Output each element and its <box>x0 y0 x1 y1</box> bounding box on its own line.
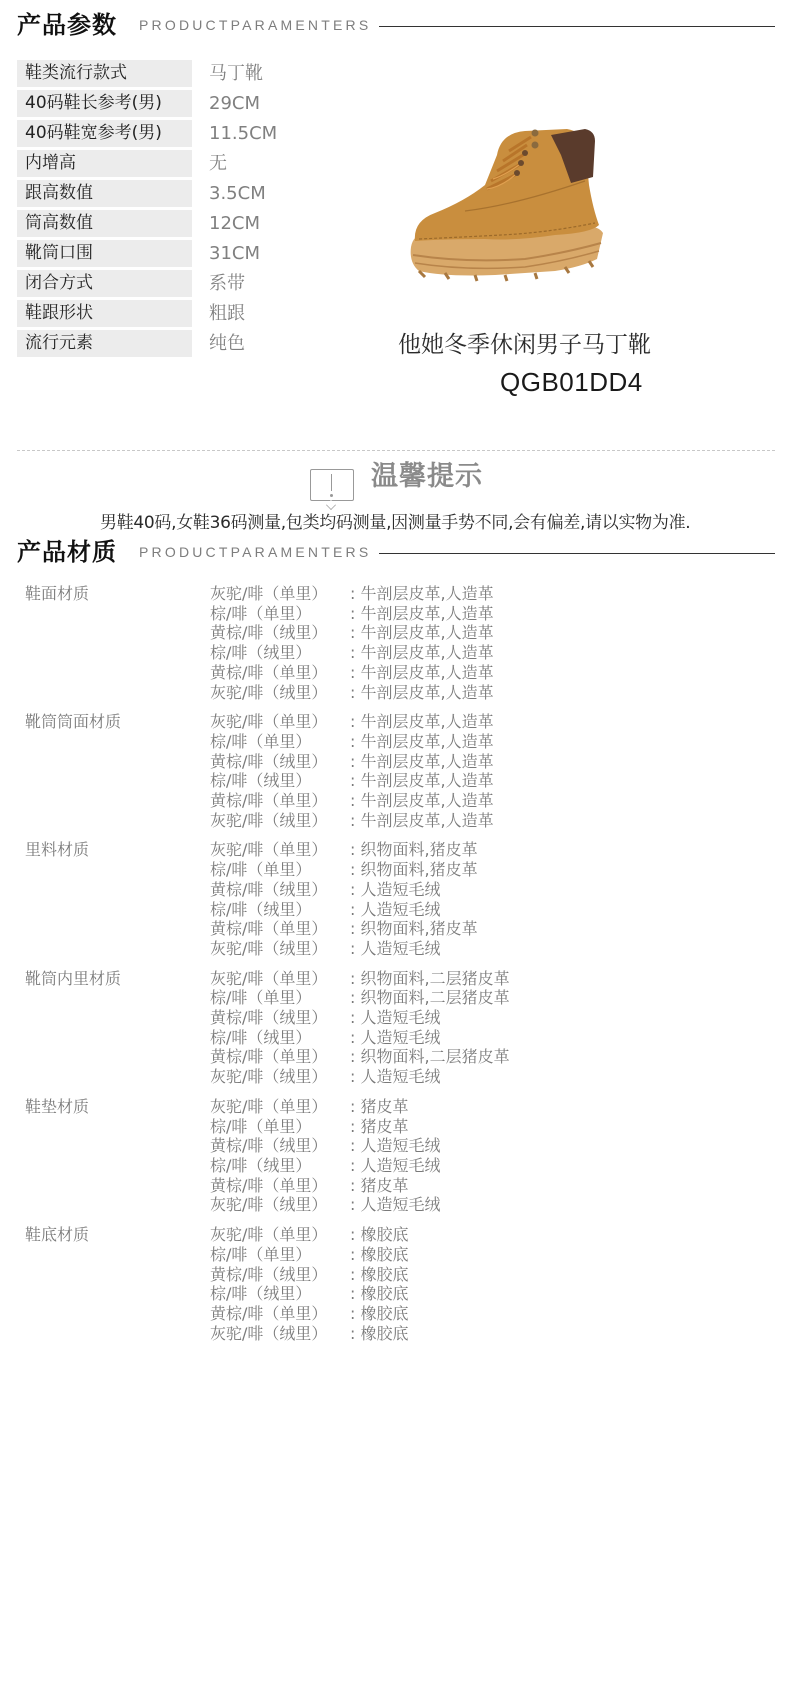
param-row: 筒高数值12CM <box>17 210 317 237</box>
param-label: 流行元素 <box>17 330 192 357</box>
material-line: 棕/啡（绒里）: 人造短毛绒 <box>210 1028 510 1048</box>
variant-material: : 牛剖层皮革,人造革 <box>350 623 494 643</box>
material-line: 棕/啡（单里）: 织物面料,二层猪皮革 <box>210 988 510 1008</box>
material-line: 灰驼/啡（绒里）: 人造短毛绒 <box>210 939 478 959</box>
variant-name: 黄棕/啡（单里） <box>210 1176 350 1196</box>
material-line: 黄棕/啡（单里）: 橡胶底 <box>210 1304 408 1324</box>
param-row: 跟高数值3.5CM <box>17 180 317 207</box>
material-line: 黄棕/啡（绒里）: 橡胶底 <box>210 1265 408 1285</box>
variant-name: 黄棕/啡（单里） <box>210 1304 350 1324</box>
variant-name: 黄棕/啡（单里） <box>210 1047 350 1067</box>
material-line: 灰驼/啡（单里）: 牛剖层皮革,人造革 <box>210 712 494 732</box>
material-line: 灰驼/啡（单里）: 织物面料,猪皮革 <box>210 840 478 860</box>
variant-name: 黄棕/啡（绒里） <box>210 623 350 643</box>
variant-name: 黄棕/啡（单里） <box>210 663 350 683</box>
variant-name: 棕/啡（单里） <box>210 1117 350 1137</box>
variant-material: : 人造短毛绒 <box>350 1028 440 1048</box>
param-row: 40码鞋宽参考(男)11.5CM <box>17 120 317 147</box>
param-label: 闭合方式 <box>17 270 192 297</box>
param-value: 马丁靴 <box>192 60 263 87</box>
variant-material: : 牛剖层皮革,人造革 <box>350 752 494 772</box>
section-title: 产品参数 <box>17 13 117 37</box>
material-group: 鞋面材质 灰驼/啡（单里）: 牛剖层皮革,人造革 棕/啡（单里）: 牛剖层皮革,… <box>17 584 775 702</box>
exclamation-dot <box>330 494 333 497</box>
exclamation-mark <box>331 474 332 491</box>
variant-name: 黄棕/啡（绒里） <box>210 752 350 772</box>
material-line: 棕/啡（绒里）: 橡胶底 <box>210 1284 408 1304</box>
material-label: 里料材质 <box>17 840 210 958</box>
material-line: 黄棕/啡（绒里）: 牛剖层皮革,人造革 <box>210 752 494 772</box>
variant-material: : 牛剖层皮革,人造革 <box>350 604 494 624</box>
divider-line <box>379 553 775 554</box>
material-line: 黄棕/啡（单里）: 猪皮革 <box>210 1176 440 1196</box>
material-line: 黄棕/啡（绒里）: 人造短毛绒 <box>210 1136 440 1156</box>
variant-name: 棕/啡（绒里） <box>210 1156 350 1176</box>
variant-material: : 牛剖层皮革,人造革 <box>350 663 494 683</box>
variant-name: 灰驼/啡（单里） <box>210 1097 350 1117</box>
material-line: 黄棕/啡（单里）: 织物面料,猪皮革 <box>210 919 478 939</box>
section-subtitle: PRODUCTPARAMENTERS <box>139 545 371 559</box>
variant-material: : 牛剖层皮革,人造革 <box>350 584 494 604</box>
variant-name: 灰驼/啡（绒里） <box>210 1324 350 1344</box>
variant-material: : 猪皮革 <box>350 1117 408 1137</box>
tip-text: 男鞋40码,女鞋36码测量,包类均码测量,因测量手势不同,会有偏差,请以实物为准… <box>100 508 690 533</box>
param-row: 闭合方式系带 <box>17 270 317 297</box>
material-line: 黄棕/啡（单里）: 织物面料,二层猪皮革 <box>210 1047 510 1067</box>
variant-material: : 橡胶底 <box>350 1245 408 1265</box>
variant-material: : 织物面料,二层猪皮革 <box>350 969 510 989</box>
param-value: 12CM <box>192 210 260 237</box>
section-header-materials: 产品材质 PRODUCTPARAMENTERS <box>17 534 775 570</box>
variant-material: : 牛剖层皮革,人造革 <box>350 771 494 791</box>
material-line: 棕/啡（绒里）: 人造短毛绒 <box>210 900 478 920</box>
variant-name: 黄棕/啡（绒里） <box>210 1265 350 1285</box>
param-label: 筒高数值 <box>17 210 192 237</box>
variant-material: : 橡胶底 <box>350 1304 408 1324</box>
material-group: 靴筒筒面材质 灰驼/啡（单里）: 牛剖层皮革,人造革 棕/啡（单里）: 牛剖层皮… <box>17 712 775 830</box>
param-row: 鞋类流行款式马丁靴 <box>17 60 317 87</box>
param-row: 流行元素纯色 <box>17 330 317 357</box>
material-label: 靴筒内里材质 <box>17 969 210 1087</box>
variant-name: 棕/啡（绒里） <box>210 1028 350 1048</box>
variant-material: : 橡胶底 <box>350 1324 408 1344</box>
param-value: 3.5CM <box>192 180 266 207</box>
variant-material: : 织物面料,二层猪皮革 <box>350 1047 510 1067</box>
material-group: 鞋底材质 灰驼/啡（单里）: 橡胶底 棕/啡（单里）: 橡胶底 黄棕/啡（绒里）… <box>17 1225 775 1343</box>
product-code: QGB01DD4 <box>500 367 643 398</box>
variant-name: 灰驼/啡（单里） <box>210 969 350 989</box>
variant-material: : 猪皮革 <box>350 1097 408 1117</box>
variant-name: 黄棕/啡（绒里） <box>210 1008 350 1028</box>
param-label: 鞋类流行款式 <box>17 60 192 87</box>
material-line: 灰驼/啡（绒里）: 橡胶底 <box>210 1324 408 1344</box>
material-label: 鞋垫材质 <box>17 1097 210 1215</box>
variant-material: : 牛剖层皮革,人造革 <box>350 683 494 703</box>
param-value: 11.5CM <box>192 120 277 147</box>
param-label: 鞋跟形状 <box>17 300 192 327</box>
param-label: 靴筒口围 <box>17 240 192 267</box>
material-label: 鞋面材质 <box>17 584 210 702</box>
variant-material: : 牛剖层皮革,人造革 <box>350 791 494 811</box>
material-line: 棕/啡（绒里）: 人造短毛绒 <box>210 1156 440 1176</box>
variant-name: 灰驼/啡（绒里） <box>210 811 350 831</box>
variant-name: 棕/啡（单里） <box>210 732 350 752</box>
material-line: 灰驼/啡（单里）: 橡胶底 <box>210 1225 408 1245</box>
variant-material: : 猪皮革 <box>350 1176 408 1196</box>
product-name: 他她冬季休闲男子马丁靴 <box>398 326 651 359</box>
variant-name: 黄棕/啡（绒里） <box>210 880 350 900</box>
variant-material: : 牛剖层皮革,人造革 <box>350 732 494 752</box>
variant-material: : 人造短毛绒 <box>350 1067 440 1087</box>
variant-material: : 牛剖层皮革,人造革 <box>350 811 494 831</box>
param-row: 鞋跟形状粗跟 <box>17 300 317 327</box>
variant-name: 黄棕/啡（单里） <box>210 791 350 811</box>
variant-material: : 人造短毛绒 <box>350 880 440 900</box>
param-value: 31CM <box>192 240 260 267</box>
section-header-params: 产品参数 PRODUCTPARAMENTERS <box>17 7 775 43</box>
material-label: 鞋底材质 <box>17 1225 210 1343</box>
variant-name: 棕/啡（单里） <box>210 1245 350 1265</box>
material-line: 棕/啡（单里）: 橡胶底 <box>210 1245 408 1265</box>
variant-material: : 人造短毛绒 <box>350 1008 440 1028</box>
param-label: 跟高数值 <box>17 180 192 207</box>
material-line: 灰驼/啡（绒里）: 牛剖层皮革,人造革 <box>210 683 494 703</box>
material-line: 灰驼/啡（绒里）: 牛剖层皮革,人造革 <box>210 811 494 831</box>
material-line: 棕/啡（绒里）: 牛剖层皮革,人造革 <box>210 643 494 663</box>
variant-name: 灰驼/啡（绒里） <box>210 939 350 959</box>
variant-name: 黄棕/啡（单里） <box>210 919 350 939</box>
param-label: 40码鞋长参考(男) <box>17 90 192 117</box>
variant-material: : 人造短毛绒 <box>350 1136 440 1156</box>
variant-material: : 织物面料,猪皮革 <box>350 840 478 860</box>
material-line: 灰驼/啡（单里）: 织物面料,二层猪皮革 <box>210 969 510 989</box>
variant-name: 灰驼/啡（单里） <box>210 1225 350 1245</box>
divider-line <box>379 26 775 27</box>
material-line: 黄棕/啡（绒里）: 人造短毛绒 <box>210 1008 510 1028</box>
variant-material: : 人造短毛绒 <box>350 900 440 920</box>
param-row: 40码鞋长参考(男)29CM <box>17 90 317 117</box>
param-row: 内增高无 <box>17 150 317 177</box>
variant-name: 棕/啡（绒里） <box>210 771 350 791</box>
material-line: 黄棕/啡（绒里）: 牛剖层皮革,人造革 <box>210 623 494 643</box>
material-line: 棕/啡（单里）: 牛剖层皮革,人造革 <box>210 604 494 624</box>
material-line: 黄棕/啡（单里）: 牛剖层皮革,人造革 <box>210 791 494 811</box>
variant-name: 棕/啡（绒里） <box>210 1284 350 1304</box>
variant-name: 灰驼/啡（绒里） <box>210 1067 350 1087</box>
params-table: 鞋类流行款式马丁靴 40码鞋长参考(男)29CM 40码鞋宽参考(男)11.5C… <box>17 60 317 360</box>
material-group: 里料材质 灰驼/啡（单里）: 织物面料,猪皮革 棕/啡（单里）: 织物面料,猪皮… <box>17 840 775 958</box>
variant-material: : 织物面料,猪皮革 <box>350 860 478 880</box>
variant-name: 灰驼/啡（单里） <box>210 712 350 732</box>
material-line: 棕/啡（单里）: 猪皮革 <box>210 1117 440 1137</box>
section-subtitle: PRODUCTPARAMENTERS <box>139 18 371 32</box>
variant-name: 灰驼/啡（绒里） <box>210 1195 350 1215</box>
param-value: 系带 <box>192 270 245 297</box>
variant-name: 棕/啡（绒里） <box>210 643 350 663</box>
variant-material: : 橡胶底 <box>350 1265 408 1285</box>
martin-boot-icon <box>405 125 615 290</box>
param-value: 纯色 <box>192 330 245 357</box>
material-line: 灰驼/啡（单里）: 猪皮革 <box>210 1097 440 1117</box>
section-title: 产品材质 <box>17 540 117 564</box>
materials-list: 鞋面材质 灰驼/啡（单里）: 牛剖层皮革,人造革 棕/啡（单里）: 牛剖层皮革,… <box>17 584 775 1353</box>
material-group: 鞋垫材质 灰驼/啡（单里）: 猪皮革 棕/啡（单里）: 猪皮革 黄棕/啡（绒里）… <box>17 1097 775 1215</box>
variant-name: 黄棕/啡（绒里） <box>210 1136 350 1156</box>
material-line: 棕/啡（绒里）: 牛剖层皮革,人造革 <box>210 771 494 791</box>
material-line: 黄棕/啡（绒里）: 人造短毛绒 <box>210 880 478 900</box>
param-value: 粗跟 <box>192 300 245 327</box>
param-value: 29CM <box>192 90 260 117</box>
material-line: 棕/啡（单里）: 牛剖层皮革,人造革 <box>210 732 494 752</box>
material-label: 靴筒筒面材质 <box>17 712 210 830</box>
variant-name: 灰驼/啡（单里） <box>210 840 350 860</box>
variant-name: 棕/啡（单里） <box>210 604 350 624</box>
variant-name: 灰驼/啡（绒里） <box>210 683 350 703</box>
product-image <box>405 125 615 290</box>
param-label: 40码鞋宽参考(男) <box>17 120 192 147</box>
material-line: 灰驼/啡（单里）: 牛剖层皮革,人造革 <box>210 584 494 604</box>
variant-name: 棕/啡（绒里） <box>210 900 350 920</box>
tip-title: 温馨提示 <box>371 454 483 493</box>
variant-material: : 人造短毛绒 <box>350 1195 440 1215</box>
variant-material: : 牛剖层皮革,人造革 <box>350 643 494 663</box>
variant-material: : 人造短毛绒 <box>350 939 440 959</box>
material-line: 灰驼/啡（绒里）: 人造短毛绒 <box>210 1195 440 1215</box>
param-row: 靴筒口围31CM <box>17 240 317 267</box>
variant-material: : 织物面料,二层猪皮革 <box>350 988 510 1008</box>
dashed-divider <box>17 450 775 451</box>
variant-name: 灰驼/啡（单里） <box>210 584 350 604</box>
variant-material: : 人造短毛绒 <box>350 1156 440 1176</box>
variant-name: 棕/啡（单里） <box>210 988 350 1008</box>
variant-material: : 织物面料,猪皮革 <box>350 919 478 939</box>
material-line: 黄棕/啡（单里）: 牛剖层皮革,人造革 <box>210 663 494 683</box>
param-value: 无 <box>192 150 227 177</box>
material-group: 靴筒内里材质 灰驼/啡（单里）: 织物面料,二层猪皮革 棕/啡（单里）: 织物面… <box>17 969 775 1087</box>
material-line: 灰驼/啡（绒里）: 人造短毛绒 <box>210 1067 510 1087</box>
variant-material: : 橡胶底 <box>350 1225 408 1245</box>
variant-material: : 橡胶底 <box>350 1284 408 1304</box>
param-label: 内增高 <box>17 150 192 177</box>
exclamation-speech-bubble-icon <box>310 469 354 501</box>
variant-name: 棕/啡（单里） <box>210 860 350 880</box>
material-line: 棕/啡（单里）: 织物面料,猪皮革 <box>210 860 478 880</box>
variant-material: : 牛剖层皮革,人造革 <box>350 712 494 732</box>
